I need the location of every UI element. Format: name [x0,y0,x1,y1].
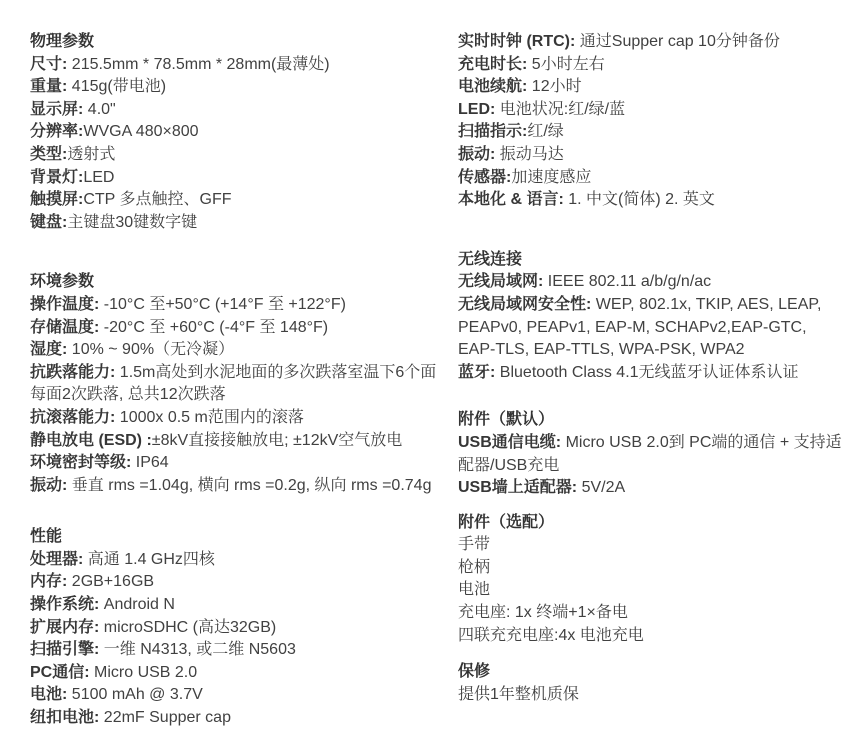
spec-label: USB通信电缆: [458,434,561,451]
spec-value: 垂直 rms =1.04g, 横向 rms =0.2g, 纵向 rms =0.7… [67,477,431,494]
spec-row: 重量: 415g(带电池) [30,76,442,99]
spec-row: 尺寸: 215.5mm * 78.5mm * 28mm(最薄处) [30,54,442,77]
spec-value: Android N [99,596,175,613]
spec-value: 12小时 [527,78,581,95]
section-title: 附件（选配） [458,512,843,535]
spec-value: 415g(带电池) [67,78,166,95]
spec-label: 蓝牙: [458,364,495,381]
spec-label: 分辨率: [30,123,83,140]
spec-value: microSDHC (高达32GB) [99,619,276,636]
section-environment-params: 环境参数 操作温度: -10°C 至+50°C (+14°F 至 +122°F)… [30,271,442,497]
spec-label: 无线局域网安全性: [458,296,591,313]
spec-label: 扫描引擎: [30,641,99,658]
spec-row: 操作系统: Android N [30,594,442,617]
spec-row: 操作温度: -10°C 至+50°C (+14°F 至 +122°F) [30,294,442,317]
spec-row: 传感器:加速度感应 [458,167,843,190]
spec-row: USB墙上适配器: 5V/2A [458,477,843,500]
spec-row: USB通信电缆: Micro USB 2.0到 PC端的通信 + 支持适配器/U… [458,432,843,477]
spec-value: 四联充充电座:4x 电池充电 [458,627,644,644]
spec-value: 透射式 [67,146,115,163]
spec-value: 5100 mAh @ 3.7V [67,686,202,703]
spec-row: 存储温度: -20°C 至 +60°C (-4°F 至 148°F) [30,317,442,340]
spec-row: 扫描引擎: 一维 N4313, 或二维 N5603 [30,639,442,662]
spec-value: 5小时左右 [527,56,604,73]
spec-row: 电池 [458,579,843,602]
spec-label: 操作温度: [30,296,99,313]
section-title: 性能 [30,526,442,549]
spec-label: 显示屏: [30,101,83,118]
spec-row: 分辨率:WVGA 480×800 [30,121,442,144]
spec-label: 无线局域网: [458,273,543,290]
spec-label: 传感器: [458,169,511,186]
spec-value: 枪柄 [458,559,490,576]
spec-value: 电池状况:红/绿/蓝 [495,101,625,118]
spec-value: 2GB+16GB [67,573,154,590]
spec-row: 电池: 5100 mAh @ 3.7V [30,684,442,707]
section-accessories-optional: 附件（选配） 手带 枪柄 电池 充电座: 1x 终端+1×备电 四联充充电座:4… [458,512,843,648]
right-column: 实时时钟 (RTC): 通过Supper cap 10分钟备份 充电时长: 5小… [458,31,843,730]
spec-row: 振动: 垂直 rms =1.04g, 横向 rms =0.2g, 纵向 rms … [30,475,442,498]
spec-value: 10% ~ 90%（无冷凝） [67,341,234,358]
spec-row: 无线局域网安全性: WEP, 802.1x, TKIP, AES, LEAP, … [458,294,843,362]
spec-value: 1. 中文(简体) 2. 英文 [564,191,715,208]
section-performance: 性能 处理器: 高通 1.4 GHz四核 内存: 2GB+16GB 操作系统: … [30,526,442,729]
spec-value: 主键盘30键数字键 [67,214,197,231]
spec-value: 215.5mm * 78.5mm * 28mm(最薄处) [67,56,329,73]
spec-row: 触摸屏:CTP 多点触控、GFF [30,189,442,212]
section-title: 保修 [458,661,843,684]
spec-row: PC通信: Micro USB 2.0 [30,662,442,685]
spec-value: 电池 [458,581,490,598]
spec-label: 振动: [458,146,495,163]
spec-label: 扩展内存: [30,619,99,636]
section-title: 环境参数 [30,271,442,294]
section-warranty: 保修 提供1年整机质保 [458,661,843,706]
section-system-features: 实时时钟 (RTC): 通过Supper cap 10分钟备份 充电时长: 5小… [458,31,843,212]
spec-row: 类型:透射式 [30,144,442,167]
spec-value: 高通 1.4 GHz四核 [83,551,215,568]
spec-label: LED: [458,101,495,118]
spec-value: -20°C 至 +60°C (-4°F 至 148°F) [99,319,328,336]
spec-value: 提供1年整机质保 [458,686,579,703]
spec-value: ±8kV直接接触放电; ±12kV空气放电 [152,432,403,449]
spec-row: 电池续航: 12小时 [458,76,843,99]
spec-value: 红/绿 [527,123,563,140]
spec-row: 抗滚落能力: 1000x 0.5 m范围内的滚落 [30,407,442,430]
spec-label: 重量: [30,78,67,95]
spec-row: 蓝牙: Bluetooth Class 4.1无线蓝牙认证体系认证 [458,362,843,385]
spec-label: 背景灯: [30,169,83,186]
spec-label: 湿度: [30,341,67,358]
spec-value: Micro USB 2.0 [90,664,198,681]
spec-label: 振动: [30,477,67,494]
spec-row: 本地化 & 语言: 1. 中文(简体) 2. 英文 [458,189,843,212]
section-title: 物理参数 [30,31,442,54]
section-title: 无线连接 [458,249,843,272]
spec-row: 环境密封等级: IP64 [30,452,442,475]
spec-row: 扩展内存: microSDHC (高达32GB) [30,617,442,640]
spec-value: WVGA 480×800 [83,123,198,140]
left-column: 物理参数 尺寸: 215.5mm * 78.5mm * 28mm(最薄处) 重量… [30,31,442,730]
spec-label: 本地化 & 语言: [458,191,564,208]
spec-label: 电池续航: [458,78,527,95]
spec-label: PC通信: [30,664,90,681]
spec-row: 抗跌落能力: 1.5m高处到水泥地面的多次跌落室温下6个面每面2次跌落, 总共1… [30,362,442,407]
spec-value: 22mF Supper cap [99,709,231,726]
spec-label: 触摸屏: [30,191,83,208]
spec-row: 无线局域网: IEEE 802.11 a/b/g/n/ac [458,271,843,294]
spec-row: 静电放电 (ESD) :±8kV直接接触放电; ±12kV空气放电 [30,430,442,453]
spec-value: LED [83,169,114,186]
spec-row: 枪柄 [458,557,843,580]
spec-value: 一维 N4313, 或二维 N5603 [99,641,296,658]
spec-label: 存储温度: [30,319,99,336]
spec-label: 纽扣电池: [30,709,99,726]
spec-label: USB墙上适配器: [458,479,577,496]
spec-label: 抗跌落能力: [30,364,115,381]
spec-label: 键盘: [30,214,67,231]
spec-value: 1000x 0.5 m范围内的滚落 [115,409,304,426]
spec-label: 静电放电 (ESD) : [30,432,152,449]
spec-row: 内存: 2GB+16GB [30,571,442,594]
spec-row: 手带 [458,534,843,557]
section-wireless: 无线连接 无线局域网: IEEE 802.11 a/b/g/n/ac 无线局域网… [458,249,843,385]
spec-value: 加速度感应 [511,169,591,186]
section-physical-params: 物理参数 尺寸: 215.5mm * 78.5mm * 28mm(最薄处) 重量… [30,31,442,234]
spec-label: 电池: [30,686,67,703]
spec-value: 充电座: 1x 终端+1×备电 [458,604,628,621]
spec-sheet: 物理参数 尺寸: 215.5mm * 78.5mm * 28mm(最薄处) 重量… [0,0,845,730]
spec-row: 显示屏: 4.0" [30,99,442,122]
spec-label: 实时时钟 (RTC): [458,33,575,50]
spec-value: 手带 [458,536,490,553]
spec-row: 纽扣电池: 22mF Supper cap [30,707,442,730]
spec-row: 背景灯:LED [30,167,442,190]
spec-row: 处理器: 高通 1.4 GHz四核 [30,549,442,572]
spec-row: 键盘:主键盘30键数字键 [30,212,442,235]
spec-label: 内存: [30,573,67,590]
spec-value: 振动马达 [495,146,563,163]
spec-row: 湿度: 10% ~ 90%（无冷凝） [30,339,442,362]
spec-value: CTP 多点触控、GFF [83,191,231,208]
spec-label: 充电时长: [458,56,527,73]
spec-value: 4.0" [83,101,115,118]
spec-row: LED: 电池状况:红/绿/蓝 [458,99,843,122]
spec-label: 尺寸: [30,56,67,73]
spec-value: 通过Supper cap 10分钟备份 [575,33,780,50]
spec-row: 四联充充电座:4x 电池充电 [458,625,843,648]
spec-label: 环境密封等级: [30,454,131,471]
spec-row: 实时时钟 (RTC): 通过Supper cap 10分钟备份 [458,31,843,54]
spec-label: 类型: [30,146,67,163]
spec-value: IEEE 802.11 a/b/g/n/ac [543,273,711,290]
section-accessories-default: 附件（默认） USB通信电缆: Micro USB 2.0到 PC端的通信 + … [458,409,843,499]
spec-label: 扫描指示: [458,123,527,140]
spec-row: 振动: 振动马达 [458,144,843,167]
spec-row: 充电座: 1x 终端+1×备电 [458,602,843,625]
section-title: 附件（默认） [458,409,843,432]
spec-label: 处理器: [30,551,83,568]
spec-value: 5V/2A [577,479,625,496]
spec-row: 充电时长: 5小时左右 [458,54,843,77]
spec-row: 提供1年整机质保 [458,684,843,707]
spec-value: -10°C 至+50°C (+14°F 至 +122°F) [99,296,346,313]
spec-label: 抗滚落能力: [30,409,115,426]
spec-label: 操作系统: [30,596,99,613]
spec-row: 扫描指示:红/绿 [458,121,843,144]
spec-value: Bluetooth Class 4.1无线蓝牙认证体系认证 [495,364,798,381]
spec-value: IP64 [131,454,168,471]
